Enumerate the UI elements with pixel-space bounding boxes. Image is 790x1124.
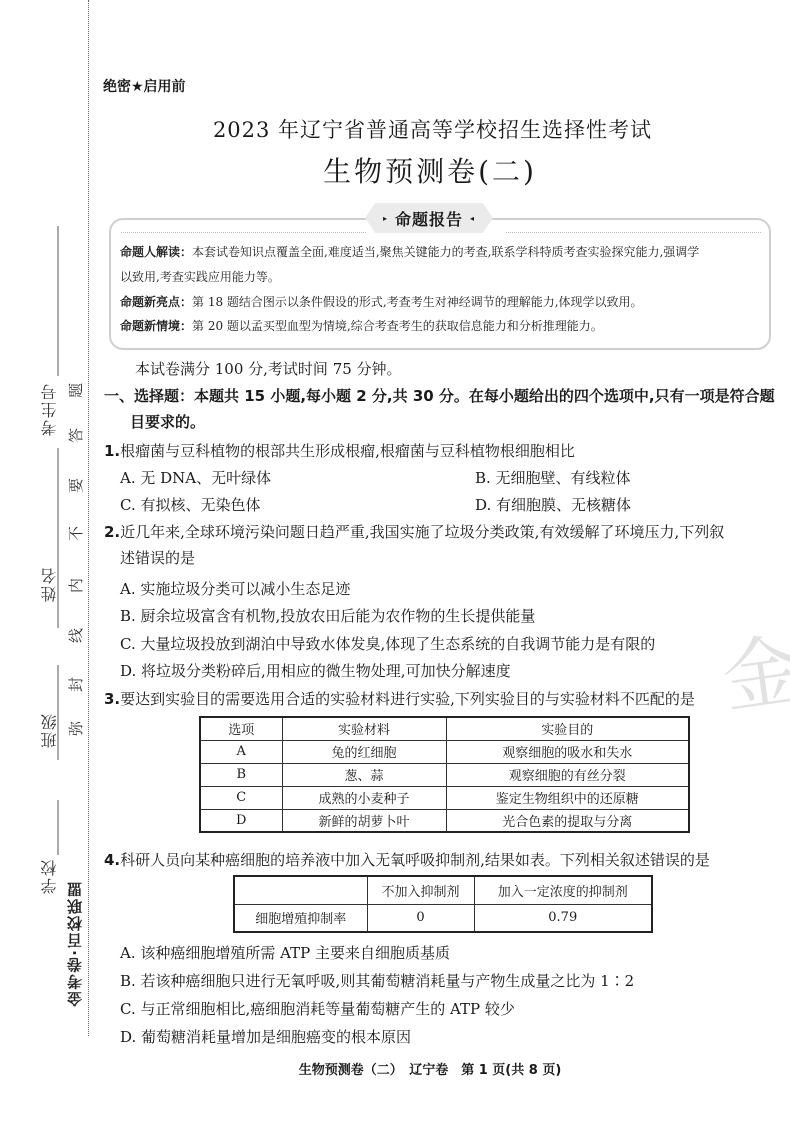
table-cell: 鉴定生物组织中的还原糖 [446,786,689,809]
option-c: C. 与正常细胞相比,癌细胞消耗等量葡萄糖产生的 ATP 较少 [120,998,515,1019]
table-row: 细胞增殖抑制率 0 0.79 [234,904,652,932]
exam-subtitle: 生物预测卷(二) [0,150,790,190]
option-d: D. 将垃圾分类粉碎后,用相应的微生物处理,可加快分解速度 [120,660,511,681]
option-b: B. 厨余垃圾富含有机物,投放农田后能为农作物的生长提供能量 [120,605,535,626]
report-item-text: 以致用,考查实践应用能力等。 [120,270,280,284]
triangle-icon: ◂ [470,214,475,223]
table-cell: 成熟的小麦种子 [282,786,446,809]
table-header: 加入一定浓度的抑制剂 [474,876,652,904]
seal-char: 内 [65,578,86,593]
seal-char: 题 [65,383,86,398]
field-underline [57,800,59,855]
report-item-label: 命题新情境： [120,319,192,333]
table-cell: 0.79 [474,904,652,932]
question-stem-cont: 述错误的是 [120,547,195,568]
question-1: 1.根瘤菌与豆科植物的根部共生形成根瘤,根瘤菌与豆科植物根细胞相比 [104,440,575,461]
table-row: A 兔的红细胞 观察细胞的吸水和失水 [200,740,689,763]
table-cell: 新鲜的胡萝卜叶 [282,809,446,832]
question-stem: 近几年来,全球环境污染问题日趋严重,我国实施了垃圾分类政策,有效缓解了环境压力,… [120,523,724,541]
question-number: 1. [104,442,120,460]
exam-title: 2023 年辽宁省普通高等学校招生选择性考试 [0,114,790,144]
report-item-label: 命题新亮点： [120,295,192,309]
question-stem: 科研人员向某种癌细胞的培养液中加入无氧呼吸抑制剂,结果如表。下列相关叙述错误的是 [120,851,710,869]
table-row: D 新鲜的胡萝卜叶 光合色素的提取与分离 [200,809,689,832]
report-item-label: 命题人解读： [120,245,192,259]
watermark: 金 [715,607,790,729]
question-number: 2. [104,523,120,541]
report-tab: ▸ 命题报告 ◂ [365,203,493,233]
option-d: D. 有细胞膜、无核糖体 [475,494,631,515]
table-cell: 兔的红细胞 [282,740,446,763]
seal-char: 答 [65,428,86,443]
student-id-label: 考生号 [38,382,62,436]
table-cell: 细胞增殖抑制率 [234,904,367,932]
decor-dotline [506,232,761,233]
field-underline [57,226,59,376]
report-item: 命题新情境：第 20 题以孟买型血型为情境,综合考查考生的获取信息能力和分析推理… [120,318,770,335]
question-number: 4. [104,851,120,869]
report-tab-label: 命题报告 [395,207,463,230]
section-heading: 一、选择题：本题共 15 小题,每小题 2 分,共 30 分。在每小题给出的四个… [104,385,775,406]
page-footer: 生物预测卷（二） 辽宁卷 第 1 页(共 8 页) [0,1059,790,1078]
question-stem: 根瘤菌与豆科植物的根部共生形成根瘤,根瘤菌与豆科植物根细胞相比 [120,442,575,460]
table-row: B 葱、蒜 观察细胞的有丝分裂 [200,763,689,786]
table-header [234,876,367,904]
question-3: 3.要达到实验目的需要选用合适的实验材料进行实验,下列实验目的与实验材料不匹配的… [104,688,695,709]
report-item: 命题新亮点：第 18 题结合图示以条件假设的形式,考查考生对神经调节的理解能力,… [120,294,770,311]
table-header: 实验目的 [446,717,689,740]
option-b: B. 若该种癌细胞只进行无氧呼吸,则其葡萄糖消耗量与产物生成量之比为 1∶2 [120,970,634,991]
seal-char: 封 [65,677,86,692]
question-number: 3. [104,690,120,708]
confidential-label: 绝密★启用前 [103,76,186,96]
name-label: 姓名 [38,566,62,602]
report-item-text: 第 18 题结合图示以条件假设的形式,考查考生对神经调节的理解能力,体现学以致用… [192,295,643,309]
seal-char: 弥 [65,721,86,736]
table-cell: 光合色素的提取与分离 [446,809,689,832]
question-2: 2.近几年来,全球环境污染问题日趋严重,我国实施了垃圾分类政策,有效缓解了环境压… [104,521,724,542]
option-d: D. 葡萄糖消耗量增加是细胞癌变的根本原因 [120,1026,411,1047]
table-cell: 葱、蒜 [282,763,446,786]
class-label: 班级 [38,712,62,748]
table-header-row: 选项 实验材料 实验目的 [200,717,689,740]
option-a: A. 无 DNA、无叶绿体 [120,467,271,488]
question-4: 4.科研人员向某种癌细胞的培养液中加入无氧呼吸抑制剂,结果如表。下列相关叙述错误… [104,849,710,870]
decor-dotline [121,232,366,233]
school-label: 学校 [38,858,62,894]
table-cell: 0 [367,904,474,932]
table-header: 选项 [200,717,282,740]
question-stem: 要达到实验目的需要选用合适的实验材料进行实验,下列实验目的与实验材料不匹配的是 [120,690,695,708]
report-item-text: 本套试卷知识点覆盖全面,难度适当,聚焦关键能力的考查,联系学科特质考查实验探究能… [192,245,699,259]
experiment-table: 选项 实验材料 实验目的 A 兔的红细胞 观察细胞的吸水和失水 B 葱、蒜 观察… [199,716,690,833]
report-item: 命题人解读：本套试卷知识点覆盖全面,难度适当,聚焦关键能力的考查,联系学科特质考… [120,244,770,261]
table-header: 不加入抑制剂 [367,876,474,904]
table-cell: A [200,740,282,763]
table-cell: 观察细胞的吸水和失水 [446,740,689,763]
option-a: A. 实施垃圾分类可以减小生态足迹 [120,578,350,599]
option-b: B. 无细胞壁、有线粒体 [475,467,631,488]
table-cell: B [200,763,282,786]
triangle-icon: ▸ [383,214,388,223]
exam-intro: 本试卷满分 100 分,考试时间 75 分钟。 [135,358,402,379]
option-a: A. 该种癌细胞增殖所需 ATP 主要来自细胞质基质 [120,942,450,963]
table-cell: 观察细胞的有丝分裂 [446,763,689,786]
option-c: C. 大量垃圾投放到湖泊中导致水体发臭,体现了生态系统的自我调节能力是有限的 [120,633,655,654]
seal-char: 要 [65,478,86,493]
report-item-cont: 以致用,考查实践应用能力等。 [120,269,770,286]
seal-char: 不 [65,526,86,541]
table-header: 实验材料 [282,717,446,740]
seal-char: 线 [65,628,86,643]
option-c: C. 有拟核、无染色体 [120,494,260,515]
table-header-row: 不加入抑制剂 加入一定浓度的抑制剂 [234,876,652,904]
table-cell: D [200,809,282,832]
table-cell: C [200,786,282,809]
table-row: C 成熟的小麦种子 鉴定生物组织中的还原糖 [200,786,689,809]
report-item-text: 第 20 题以孟买型血型为情境,综合考查考生的获取信息能力和分析推理能力。 [192,319,603,333]
brand-label: 金考卷·百校联盟 [64,880,85,1007]
section-heading-cont: 目要求的。 [130,411,205,432]
inhibitor-table: 不加入抑制剂 加入一定浓度的抑制剂 细胞增殖抑制率 0 0.79 [233,875,653,933]
